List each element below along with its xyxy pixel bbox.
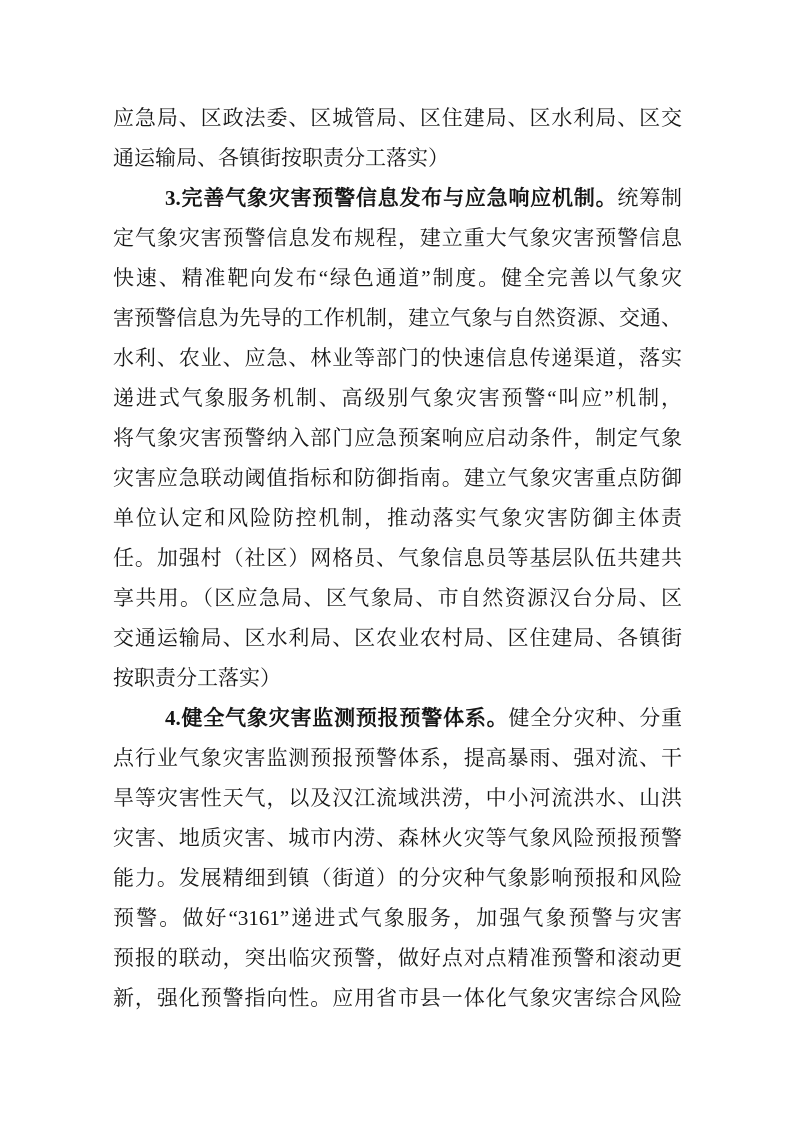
text-line: 单位认定和风险防控机制，推动落实气象灾害防御主体责 (113, 498, 682, 538)
body-text: 预警。做好“3161”递进式气象服务，加强气象预警与灾害 (113, 906, 682, 930)
body-text: 定气象灾害预警信息发布规程，建立重大气象灾害预警信息 (113, 226, 682, 250)
text-line: 水利、农业、应急、林业等部门的快速信息传递渠道，落实 (113, 338, 682, 378)
document-page: 应急局、区政法委、区城管局、区住建局、区水利局、区交通运输局、各镇街按职责分工落… (0, 0, 793, 1122)
body-text: 递进式气象服务机制、高级别气象灾害预警“叫应”机制， (113, 386, 682, 410)
text-line: 递进式气象服务机制、高级别气象灾害预警“叫应”机制， (113, 378, 682, 418)
body-text: 按职责分工落实） (113, 666, 281, 690)
section-heading-text: 4.健全气象灾害监测预报预警体系。 (165, 706, 508, 730)
body-text: 水利、农业、应急、林业等部门的快速信息传递渠道，落实 (113, 346, 682, 370)
body-text: 任。加强村（社区）网格员、气象信息员等基层队伍共建共 (113, 546, 682, 570)
text-line: 灾害应急联动阈值指标和防御指南。建立气象灾害重点防御 (113, 458, 682, 498)
body-text: 预报的联动，突出临灾预警，做好点对点精准预警和滚动更 (113, 946, 682, 970)
text-line: 通运输局、各镇街按职责分工落实） (113, 138, 682, 178)
body-text: 统筹制 (617, 186, 682, 210)
body-text: 能力。发展精细到镇（街道）的分灾种气象影响预报和风险 (113, 866, 682, 890)
body-text: 灾害、地质灾害、城市内涝、森林火灾等气象风险预报预警 (113, 826, 682, 850)
body-text: 应急局、区政法委、区城管局、区住建局、区水利局、区交 (113, 106, 682, 130)
body-text: 健全分灾种、分重 (508, 706, 682, 730)
body-text: 新，强化预警指向性。应用省市县一体化气象灾害综合风险 (113, 986, 682, 1010)
text-line: 点行业气象灾害监测预报预警体系，提高暴雨、强对流、干 (113, 738, 682, 778)
body-text: 快速、精准靶向发布“绿色通道”制度。健全完善以气象灾 (113, 266, 682, 290)
text-line: 应急局、区政法委、区城管局、区住建局、区水利局、区交 (113, 98, 682, 138)
body-text: 旱等灾害性天气，以及汉江流域洪涝，中小河流洪水、山洪 (113, 786, 682, 810)
text-line: 旱等灾害性天气，以及汉江流域洪涝，中小河流洪水、山洪 (113, 778, 682, 818)
body-text: 通运输局、各镇街按职责分工落实） (113, 146, 449, 170)
body-text: 灾害应急联动阈值指标和防御指南。建立气象灾害重点防御 (113, 466, 682, 490)
text-line: 定气象灾害预警信息发布规程，建立重大气象灾害预警信息 (113, 218, 682, 258)
body-text: 单位认定和风险防控机制，推动落实气象灾害防御主体责 (113, 506, 682, 530)
text-line: 预警。做好“3161”递进式气象服务，加强气象预警与灾害 (113, 898, 682, 938)
text-line: 害预警信息为先导的工作机制，建立气象与自然资源、交通、 (113, 298, 682, 338)
text-line: 快速、精准靶向发布“绿色通道”制度。健全完善以气象灾 (113, 258, 682, 298)
text-line: 3.完善气象灾害预警信息发布与应急响应机制。统筹制 (113, 178, 682, 218)
text-line: 将气象灾害预警纳入部门应急预案响应启动条件，制定气象 (113, 418, 682, 458)
document-body: 应急局、区政法委、区城管局、区住建局、区水利局、区交通运输局、各镇街按职责分工落… (113, 98, 682, 1018)
text-line: 灾害、地质灾害、城市内涝、森林火灾等气象风险预报预警 (113, 818, 682, 858)
text-line: 新，强化预警指向性。应用省市县一体化气象灾害综合风险 (113, 978, 682, 1018)
body-text: 点行业气象灾害监测预报预警体系，提高暴雨、强对流、干 (113, 746, 682, 770)
body-text: 交通运输局、区水利局、区农业农村局、区住建局、各镇街 (113, 626, 682, 650)
body-text: 享共用。（区应急局、区气象局、市自然资源汉台分局、区 (113, 586, 682, 610)
text-line: 预报的联动，突出临灾预警，做好点对点精准预警和滚动更 (113, 938, 682, 978)
body-text: 害预警信息为先导的工作机制，建立气象与自然资源、交通、 (113, 306, 682, 330)
body-text: 将气象灾害预警纳入部门应急预案响应启动条件，制定气象 (113, 426, 682, 450)
section-heading-text: 3.完善气象灾害预警信息发布与应急响应机制。 (165, 186, 617, 210)
text-line: 能力。发展精细到镇（街道）的分灾种气象影响预报和风险 (113, 858, 682, 898)
text-line: 交通运输局、区水利局、区农业农村局、区住建局、各镇街 (113, 618, 682, 658)
text-line: 4.健全气象灾害监测预报预警体系。健全分灾种、分重 (113, 698, 682, 738)
text-line: 任。加强村（社区）网格员、气象信息员等基层队伍共建共 (113, 538, 682, 578)
text-line: 按职责分工落实） (113, 658, 682, 698)
text-line: 享共用。（区应急局、区气象局、市自然资源汉台分局、区 (113, 578, 682, 618)
